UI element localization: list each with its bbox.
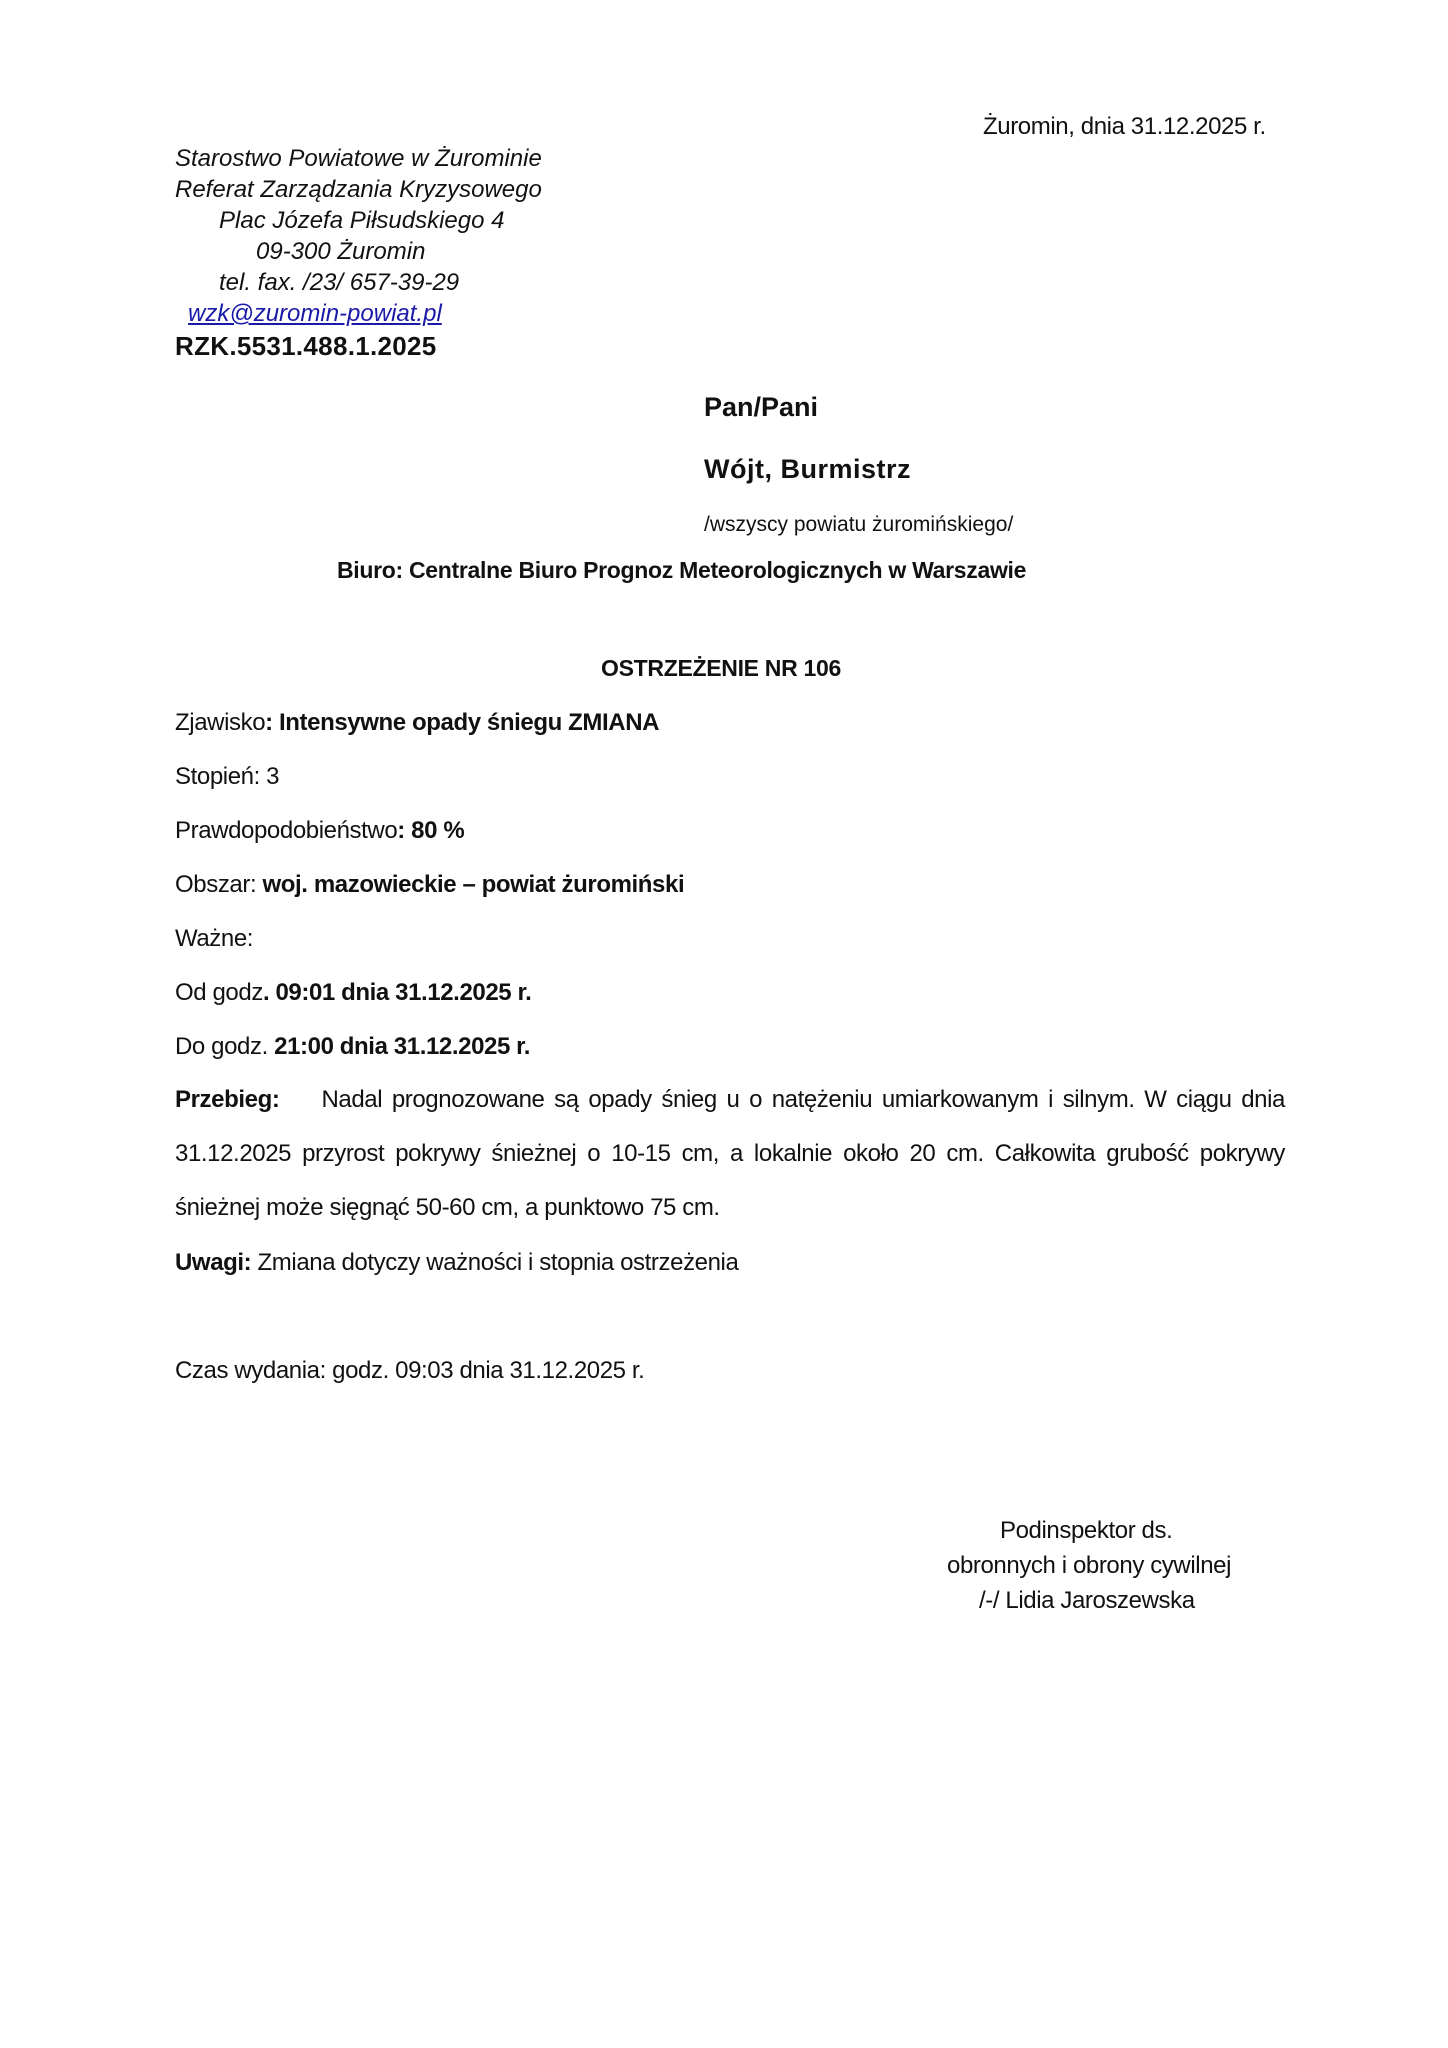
field-area: Obszar: woj. mazowieckie – powiat żuromi… [175, 871, 684, 899]
area-label: Obszar: [175, 871, 263, 898]
recipient-salutation: Pan/Pani [704, 392, 818, 423]
phenomenon-label: Zjawisko [175, 709, 265, 736]
probability-value: : 80 % [397, 817, 464, 844]
remarks-label: Uwagi: [175, 1249, 251, 1276]
sender-institution: Starostwo Powiatowe w Żurominie [175, 143, 542, 174]
signature-name: /-/ Lidia Jaroszewska [979, 1587, 1195, 1615]
field-phenomenon: Zjawisko: Intensywne opady śniegu ZMIANA [175, 709, 659, 737]
field-valid-from: Od godz. 09:01 dnia 31.12.2025 r. [175, 979, 531, 1007]
signature-department: obronnych i obrony cywilnej [947, 1552, 1231, 1580]
signature-position: Podinspektor ds. [1000, 1517, 1172, 1545]
sender-street: Plac Józefa Piłsudskiego 4 [219, 205, 505, 236]
to-label: Do godz. [175, 1033, 274, 1060]
course-paragraph: Przebieg:Nadal prognozowane są opady śni… [175, 1073, 1285, 1235]
sender-department: Referat Zarządzania Kryzysowego [175, 174, 542, 205]
area-value: woj. mazowieckie – powiat żuromiński [263, 871, 685, 898]
course-label: Przebieg: [175, 1086, 279, 1113]
issue-time: Czas wydania: godz. 09:03 dnia 31.12.202… [175, 1357, 644, 1385]
from-value: . 09:01 dnia 31.12.2025 r. [263, 979, 531, 1006]
remarks: Uwagi: Zmiana dotyczy ważności i stopnia… [175, 1249, 738, 1277]
phenomenon-value: : Intensywne opady śniegu ZMIANA [265, 709, 659, 736]
course-text: Nadal prognozowane są opady śnieg u o na… [175, 1086, 1285, 1221]
probability-label: Prawdopodobieństwo [175, 817, 397, 844]
reference-number: RZK.5531.488.1.2025 [175, 331, 437, 362]
place-date: Żuromin, dnia 31.12.2025 r. [983, 113, 1266, 141]
field-valid-to: Do godz. 21:00 dnia 31.12.2025 r. [175, 1033, 530, 1061]
from-label: Od godz [175, 979, 263, 1006]
field-valid: Ważne: [175, 925, 253, 953]
sender-email-link[interactable]: wzk@zuromin-powiat.pl [188, 298, 442, 329]
recipient-note: /wszyscy powiatu żuromińskiego/ [704, 513, 1013, 537]
issuing-office: Biuro: Centralne Biuro Prognoz Meteorolo… [337, 557, 1026, 584]
warning-title: OSTRZEŻENIE NR 106 [601, 655, 841, 682]
remarks-text: Zmiana dotyczy ważności i stopnia ostrze… [251, 1249, 738, 1276]
sender-phone: tel. fax. /23/ 657-39-29 [219, 267, 459, 298]
field-probability: Prawdopodobieństwo: 80 % [175, 817, 464, 845]
recipient-title: Wójt, Burmistrz [704, 454, 911, 485]
to-value: 21:00 dnia 31.12.2025 r. [274, 1033, 530, 1060]
sender-city: 09-300 Żuromin [256, 236, 425, 267]
field-degree: Stopień: 3 [175, 763, 279, 791]
